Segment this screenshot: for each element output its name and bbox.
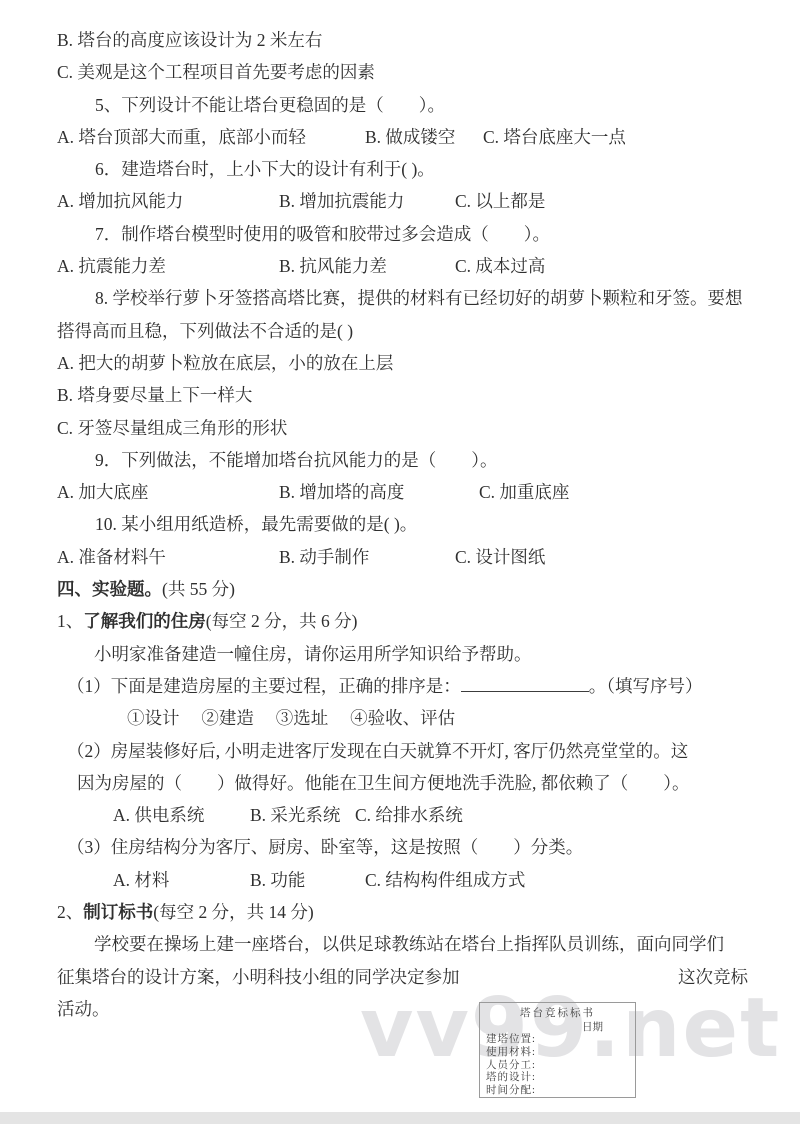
q10-options: A. 准备材料午 B. 动手制作 C. 设计图纸 [57, 541, 748, 573]
q10-option-a: A. 准备材料午 [57, 541, 279, 573]
exp1-sub3-option-b: B. 功能 [250, 864, 365, 896]
exp2-para-line2-left: 征集塔台的设计方案，小明科技小组的同学决定参加 [57, 961, 460, 993]
exp1-sub2-option-a: A. 供电系统 [113, 799, 250, 831]
exp1-sub2-option-b: B. 采光系统 [250, 799, 355, 831]
q5-option-a: A. 塔台顶部大而重，底部小而轻 [57, 121, 365, 153]
exp2-heading: 2、制订标书(每空 2 分，共 14 分) [57, 896, 748, 928]
exp1-sub1: （1）下面是建造房屋的主要过程，正确的排序是：。（填写序号） [57, 670, 748, 702]
bid-box-date-label: 日期 [486, 1021, 629, 1034]
exp2-para-line2-right: 这次竞标 [678, 961, 748, 993]
exp1-sub1-prefix: （1）下面是建造房屋的主要过程，正确的排序是： [67, 676, 461, 696]
exp1-intro: 小明家准备建造一幢住房，请你运用所学知识给予帮助。 [57, 638, 748, 670]
bid-field-time: 时间分配: [486, 1085, 629, 1098]
exp1-sub2-option-c: C. 给排水系统 [355, 799, 463, 831]
q7-stem: 7．制作塔台模型时使用的吸管和胶带过多会造成（ ）。 [57, 218, 748, 250]
q8-option-b: B. 塔身要尽量上下一样大 [57, 379, 748, 411]
q7-option-c: C. 成本过高 [455, 250, 545, 282]
exp1-sub1-suffix: 。（填写序号） [589, 676, 703, 696]
exp1-heading: 1、了解我们的住房(每空 2 分，共 6 分) [57, 605, 748, 637]
q7-option-b: B. 抗风能力差 [279, 250, 455, 282]
exam-paper-page: vv99.net B. 塔台的高度应该设计为 2 米左右 C. 美观是这个工程项… [0, 0, 800, 1137]
q6-option-a: A. 增加抗风能力 [57, 185, 279, 217]
exp1-sub3-option-a: A. 材料 [113, 864, 250, 896]
section4-heading: 四、实验题。(共 55 分) [57, 573, 748, 605]
exp2-para-line3: 活动。 [57, 993, 748, 1025]
q5-option-c: C. 塔台底座大一点 [483, 121, 626, 153]
exp2-title: 制订标书 [83, 902, 153, 922]
exp2-para-line1: 学校要在操场上建一座塔台，以供足球教练站在塔台上指挥队员训练，面向同学们 [57, 928, 748, 960]
bid-field-location: 建塔位置: [486, 1034, 629, 1047]
exp1-score: (每空 2 分，共 6 分) [206, 611, 358, 631]
q10-stem: 10. 某小组用纸造桥，最先需要做的是( )。 [57, 508, 748, 540]
exp1-title: 了解我们的住房 [83, 611, 206, 631]
exp1-sub2-options: A. 供电系统 B. 采光系统 C. 给排水系统 [57, 799, 748, 831]
bid-box-title: 塔台竞标标书 [486, 1007, 629, 1021]
exp1-sub3-option-c: C. 结构构件组成方式 [365, 864, 525, 896]
exp1-sub3: （3）住房结构分为客厅、厨房、卧室等，这是按照（ ）分类。 [57, 831, 748, 863]
exp2-para-line2: 征集塔台的设计方案，小明科技小组的同学决定参加 这次竞标 [57, 961, 748, 993]
bid-field-design: 塔的设计: [486, 1072, 629, 1085]
q10-option-b: B. 动手制作 [279, 541, 455, 573]
section4-title: 四、实验题。 [57, 579, 162, 599]
q10-option-c: C. 设计图纸 [455, 541, 545, 573]
exp1-sub3-options: A. 材料 B. 功能 C. 结构构件组成方式 [57, 864, 748, 896]
q7-options: A. 抗震能力差 B. 抗风能力差 C. 成本过高 [57, 250, 748, 282]
exp1-number: 1、 [57, 611, 83, 631]
document-body: B. 塔台的高度应该设计为 2 米左右 C. 美观是这个工程项目首先要考虑的因素… [0, 0, 800, 1025]
q7-option-a: A. 抗震能力差 [57, 250, 279, 282]
q9-stem: 9．下列做法，不能增加塔台抗风能力的是（ ）。 [57, 444, 748, 476]
q8-stem-line2: 搭得高而且稳，下列做法不合适的是( ) [57, 315, 748, 347]
exp1-sub1-choices: ①设计 ②建造 ③选址 ④验收、评估 [57, 702, 748, 734]
q8-option-c: C. 牙签尽量组成三角形的形状 [57, 412, 748, 444]
q5-stem: 5、下列设计不能让塔台更稳固的是（ ）。 [57, 89, 748, 121]
exp2-number: 2、 [57, 902, 83, 922]
q4-option-c: C. 美观是这个工程项目首先要考虑的因素 [57, 56, 748, 88]
q5-option-b: B. 做成镂空 [365, 121, 483, 153]
bid-document-box: 塔台竞标标书 日期 建塔位置: 使用材料: 人员分工: 塔的设计: 时间分配: [479, 1002, 636, 1098]
q6-stem: 6．建造塔台时，上小下大的设计有利于( )。 [57, 153, 748, 185]
q4-option-b: B. 塔台的高度应该设计为 2 米左右 [57, 24, 748, 56]
page-break-bar [0, 1112, 800, 1124]
q9-option-a: A. 加大底座 [57, 476, 279, 508]
q9-options: A. 加大底座 B. 增加塔的高度 C. 加重底座 [57, 476, 748, 508]
exp1-sub2-line2: 因为房屋的（ ）做得好。他能在卫生间方便地洗手洗脸, 都依赖了（ ）。 [57, 767, 748, 799]
q9-option-b: B. 增加塔的高度 [279, 476, 479, 508]
section4-score: (共 55 分) [162, 579, 235, 599]
q6-option-b: B. 增加抗震能力 [279, 185, 455, 217]
fill-in-blank [461, 691, 589, 692]
bid-field-materials: 使用材料: [486, 1047, 629, 1060]
q9-option-c: C. 加重底座 [479, 476, 569, 508]
q8-option-a: A. 把大的胡萝卜粒放在底层，小的放在上层 [57, 347, 748, 379]
q8-stem-line1: 8. 学校举行萝卜牙签搭高塔比赛，提供的材料有已经切好的胡萝卜颗粒和牙签。要想 [57, 282, 748, 314]
q5-options: A. 塔台顶部大而重，底部小而轻 B. 做成镂空 C. 塔台底座大一点 [57, 121, 748, 153]
q6-option-c: C. 以上都是 [455, 185, 545, 217]
q6-options: A. 增加抗风能力 B. 增加抗震能力 C. 以上都是 [57, 185, 748, 217]
bid-field-staffing: 人员分工: [486, 1060, 629, 1073]
exp2-score: (每空 2 分，共 14 分) [153, 902, 313, 922]
exp1-sub2-line1: （2）房屋装修好后, 小明走进客厅发现在白天就算不开灯, 客厅仍然亮堂堂的。这 [57, 735, 748, 767]
